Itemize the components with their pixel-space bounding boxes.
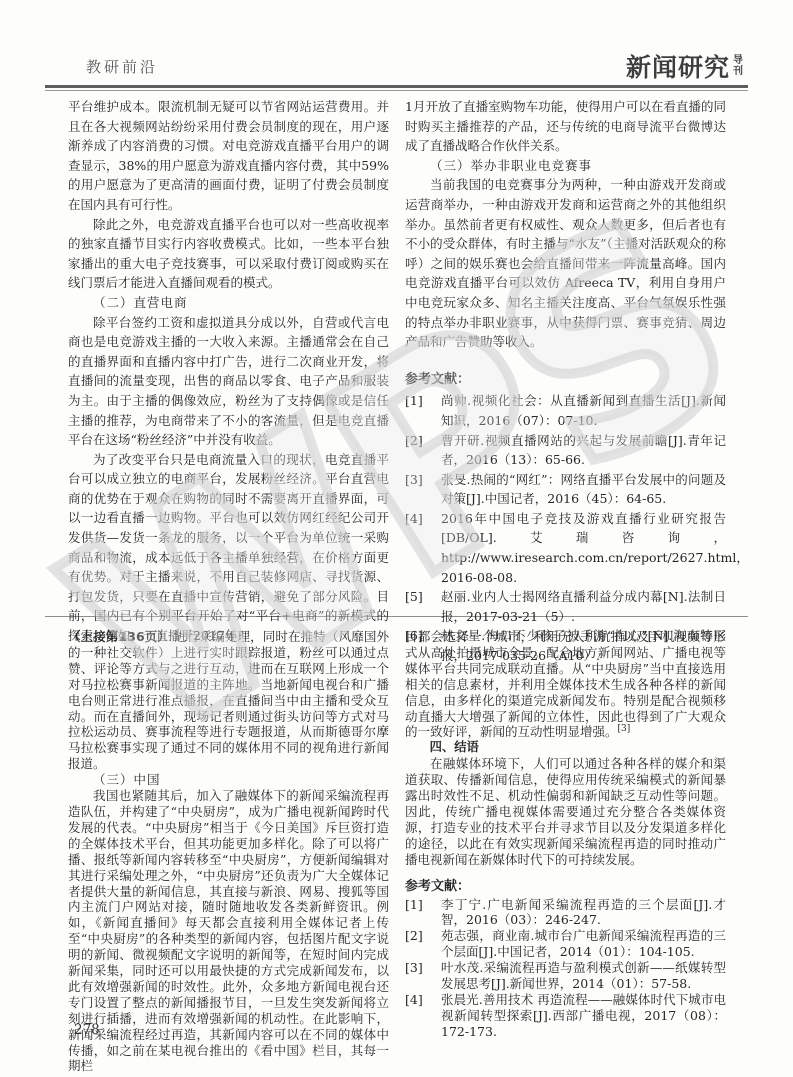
article1-left-column: 平台维护成本。限流机制无疑可以节省网站运营费用。并且在各大视频网站纷纷采用付费会… (68, 97, 389, 646)
reference-item: [5]赵丽.业内人士揭网络直播利益分成内幕[N].法制日报，2017-03-21… (405, 587, 726, 626)
paragraph: 除平台签约工资和虚拟道具分成以外，自营或代言电商也是电竞游戏主播的一大收入来源。… (68, 313, 389, 450)
paragraph: 目都会选择一个城市，利用无人机航拍以及手机视频等形式从高处拍摄城市全景。配合地方… (405, 629, 726, 740)
article2-right-column: 目都会选择一个城市，利用无人机航拍以及手机视频等形式从高处拍摄城市全景。配合地方… (405, 629, 726, 1040)
journal-logo: 新闻研究 导 刊 (626, 48, 743, 84)
references-title: 参考文献： (405, 370, 726, 390)
reference-item: [1]李丁宁.广电新闻采编流程再造的三个层面[J].才智，2016（03）：24… (405, 897, 726, 929)
article2-left-column: （上接第136页） 进行采编处理，同时在推特（风靡国外的一种社交软件）上进行实时… (68, 629, 389, 1074)
reference-item: [2]曹开研.视频直播网站的兴起与发展前瞻[J].青年记者，2016（13）：6… (405, 431, 726, 470)
journal-page: 教研前沿 新闻研究 导 刊 平台维护成本。限流机制无疑可以节省网站运营费用。并且… (0, 0, 793, 1077)
reference-label: [1] (405, 897, 423, 913)
reference-item: [4]张晨光.善用技术 再造流程——融媒体时代下城市电视新闻转型探索[J].西部… (405, 992, 726, 1040)
reference-label: [1] (405, 391, 423, 411)
reference-text: 苑志强，商业南.城市台广电新闻采编流程再造的三个层面[J].中国记者，2014（… (441, 928, 726, 959)
journal-logo-suffix-bottom: 刊 (733, 66, 743, 77)
section-heading: （二）直营电商 (68, 293, 389, 313)
journal-logo-suffix: 导 刊 (733, 55, 743, 77)
reference-label: [2] (405, 431, 423, 451)
paragraph-text: 进行采编处理，同时在推特（风靡国外的一种社交软件）上进行实时跟踪报道，粉丝可以通… (68, 629, 389, 771)
column-section-label: 教研前沿 (86, 56, 158, 77)
article1-right-column: 1月开放了直播室购物车功能，使得用户可以在看直播的同时购买主播推荐的产品，还与传… (405, 97, 726, 666)
reference-label: [4] (405, 509, 423, 529)
reference-text: 尚帅.视频化社会：从直播新闻到直播生活[J].新闻知识，2016（07）：07-… (441, 393, 726, 428)
paragraph: 为了改变平台只是电商流量入口的现状，电竞直播平台可以成立独立的电商平台，发展粉丝… (68, 450, 389, 646)
reference-item: [3]张旻.热闹的“网红”：网络直播平台发展中的问题及对策[J].中国记者，20… (405, 470, 726, 509)
section-heading: 四、结语 (405, 740, 726, 756)
references-list: [1]李丁宁.广电新闻采编流程再造的三个层面[J].才智，2016（03）：24… (405, 897, 726, 1040)
reference-text: 赵丽.业内人士揭网络直播利益分成内幕[N].法制日报，2017-03-21（5）… (441, 589, 726, 624)
section-heading: （三）举办非职业电竞赛事 (405, 156, 726, 176)
references-title: 参考文献： (405, 879, 726, 895)
reference-label: [5] (405, 587, 423, 607)
header-double-rule (45, 85, 748, 91)
reference-text: 李丁宁.广电新闻采编流程再造的三个层面[J].才智，2016（03）：246-2… (441, 897, 726, 928)
paragraph: 1月开放了直播室购物车功能，使得用户可以在看直播的同时购买主播推荐的产品，还与传… (405, 97, 726, 156)
reference-item: [4]2016年中国电子竞技及游戏直播行业研究报告[DB/OL].艾瑞咨询，ht… (405, 509, 726, 587)
reference-label: [4] (405, 992, 423, 1008)
paragraph: 平台维护成本。限流机制无疑可以节省网站运营费用。并且在各大视频网站纷纷采用付费会… (68, 97, 389, 215)
reference-item: [3]叶水茂.采编流程再造与盈利模式创新——纸媒转型发展思考[J].新闻世界，2… (405, 960, 726, 992)
reference-label: [3] (405, 960, 423, 976)
reference-text: 叶水茂.采编流程再造与盈利模式创新——纸媒转型发展思考[J].新闻世界，2014… (441, 960, 726, 991)
reference-item: [1]尚帅.视频化社会：从直播新闻到直播生活[J].新闻知识，2016（07）：… (405, 391, 726, 430)
section-heading: （三）中国 (68, 772, 389, 788)
references-list: [1]尚帅.视频化社会：从直播新闻到直播生活[J].新闻知识，2016（07）：… (405, 391, 726, 665)
journal-logo-suffix-top: 导 (733, 55, 743, 66)
paragraph: 我国也紧随其后，加入了融媒体下的新闻采编流程再造队伍，并构建了“中央厨房”，成为… (68, 788, 389, 1074)
reference-item: [2]苑志强，商业南.城市台广电新闻采编流程再造的三个层面[J].中国记者，20… (405, 928, 726, 960)
paragraph: 在融媒体环境下，人们可以通过各种各样的媒介和渠道获取、传播新闻信息，使得应用传统… (405, 756, 726, 867)
paragraph: 当前我国的电竞赛事分为两种，一种由游戏开发商或运营商举办，一种由游戏开发商和运营… (405, 175, 726, 351)
reference-text: 张晨光.善用技术 再造流程——融媒体时代下城市电视新闻转型探索[J].西部广播电… (441, 992, 726, 1039)
paragraph-text: 目都会选择一个城市，利用无人机航拍以及手机视频等形式从高处拍摄城市全景。配合地方… (405, 629, 726, 739)
reference-text: 张旻.热闹的“网红”：网络直播平台发展中的问题及对策[J].中国记者，2016（… (441, 472, 726, 507)
citation-superscript: [3] (618, 724, 631, 734)
journal-logo-title: 新闻研究 (626, 48, 730, 84)
reference-label: [3] (405, 470, 423, 490)
reference-text: 曹开研.视频直播网站的兴起与发展前瞻[J].青年记者，2016（13）：65-6… (441, 433, 726, 468)
paragraph: （上接第136页） 进行采编处理，同时在推特（风靡国外的一种社交软件）上进行实时… (68, 629, 389, 772)
reference-label: [2] (405, 928, 423, 944)
paragraph: 除此之外，电竞游戏直播平台也可以对一些高收视率的独家直播节目实行内容收费模式。比… (68, 215, 389, 293)
continued-from-label: （上接第136页） (68, 629, 170, 644)
reference-text: 2016年中国电子竞技及游戏直播行业研究报告[DB/OL].艾瑞咨询，http:… (441, 511, 749, 585)
